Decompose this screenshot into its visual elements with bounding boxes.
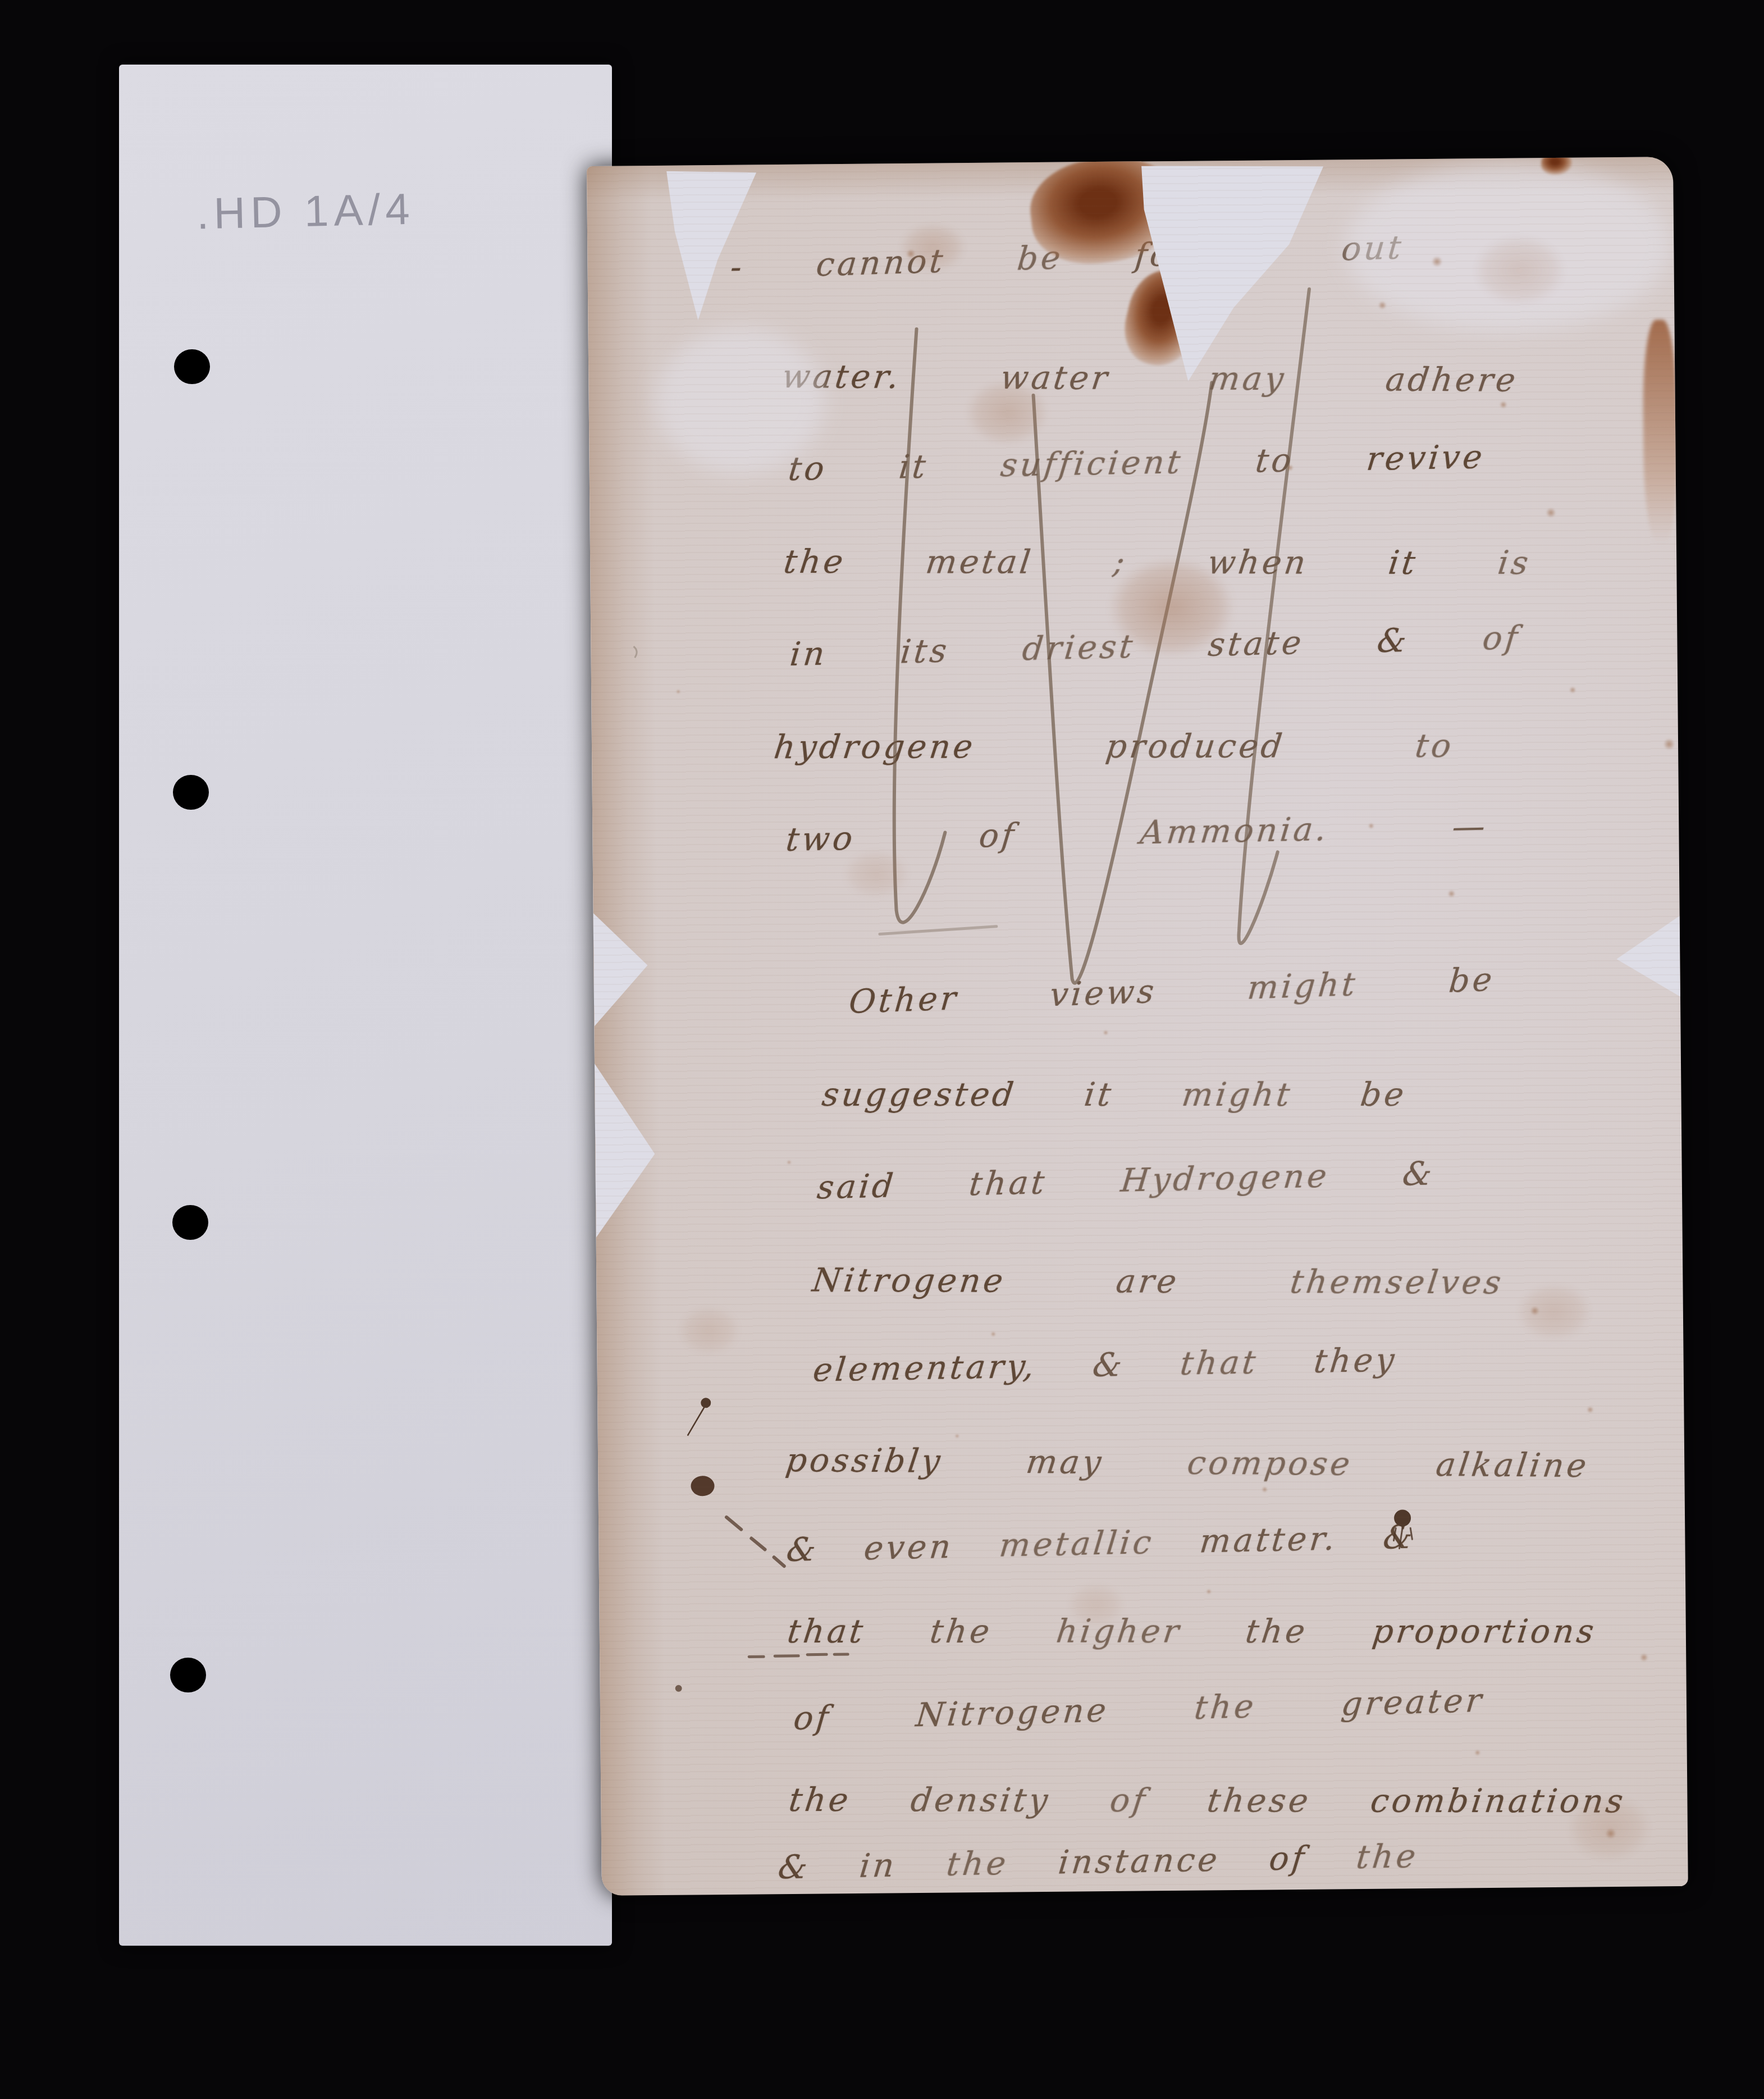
handwritten-word: of <box>977 818 1018 853</box>
foxing-speck <box>1568 686 1577 695</box>
foxing-speck <box>675 689 681 695</box>
handwritten-word: may <box>1025 1445 1106 1480</box>
handwritten-word: these <box>1205 1783 1313 1818</box>
handwritten-word: the <box>787 1783 853 1817</box>
manuscript-line: saidthatHydrogene& <box>817 1157 1436 1225</box>
handwritten-word: metal <box>924 545 1035 579</box>
handwritten-word: two <box>784 822 857 857</box>
handwritten-word: might <box>1180 1078 1294 1112</box>
foxing-speck <box>786 1160 792 1165</box>
handwritten-word: themselves <box>1288 1265 1505 1300</box>
handwritten-word: & <box>1375 623 1411 658</box>
foxing-speck <box>990 1331 997 1338</box>
handwritten-word: Hydrogene <box>1119 1159 1331 1198</box>
handwritten-word: revive <box>1365 440 1487 476</box>
photograph-black-velvet-background: .HD 1A/4 -cannotbeformedoutwater.waterma… <box>0 0 1764 2099</box>
manuscript-line: thatthehighertheproportions <box>788 1614 1596 1668</box>
handwritten-word: suggested <box>820 1078 1018 1112</box>
manuscript-line: toitsufficienttorevive <box>788 440 1485 506</box>
handwritten-word: adhere <box>1383 363 1520 398</box>
handwritten-word: may <box>1207 362 1288 396</box>
handwritten-word: of <box>1108 1783 1150 1818</box>
handwritten-word: produced <box>1104 729 1287 764</box>
handwritten-word: — <box>1451 809 1489 844</box>
foxing-speck <box>1286 463 1295 472</box>
handwritten-word: it <box>898 449 930 484</box>
handwritten-word: they <box>1312 1343 1399 1379</box>
handwritten-word: the <box>1244 1614 1310 1649</box>
handwritten-word: matter. <box>1198 1521 1339 1558</box>
handwritten-word: the <box>782 545 848 579</box>
handwritten-word: even <box>863 1530 956 1566</box>
handwritten-word: hydrogene <box>772 729 977 764</box>
handwritten-word: in <box>858 1848 898 1883</box>
handwritten-word: that <box>1178 1345 1260 1381</box>
manuscript-line: Otherviewsmightbe <box>848 962 1496 1039</box>
foxing-speck <box>1603 1826 1618 1841</box>
foxing-speck <box>1661 736 1677 752</box>
manuscript-line: hydrogeneproducedto <box>774 729 1454 784</box>
handwritten-word: of <box>792 1700 833 1736</box>
handwritten-word: be <box>1358 1078 1408 1112</box>
handwritten-word: are <box>1114 1264 1181 1298</box>
manuscript-line: &intheinstanceofthe <box>778 1839 1419 1896</box>
handwritten-word: the <box>1355 1839 1420 1874</box>
handwritten-word: elementary, <box>811 1349 1038 1388</box>
handwritten-word: said <box>816 1169 898 1204</box>
handwritten-word: views <box>1048 974 1158 1012</box>
handwritten-word: Nitrogene <box>811 1263 1008 1298</box>
foxing-speck <box>1367 822 1375 830</box>
handwritten-word: the <box>928 1614 994 1649</box>
foxing-speck <box>1544 506 1557 519</box>
faded-pale-zone <box>656 327 825 474</box>
manuscript-line: elementary,&thatthey <box>813 1343 1398 1407</box>
handwritten-word: greater <box>1340 1683 1486 1722</box>
foxing-speck <box>1261 1485 1269 1493</box>
handwritten-word: the <box>945 1846 1010 1882</box>
handwritten-word: & <box>776 1850 812 1884</box>
handwritten-word: in <box>788 636 829 672</box>
handwritten-word: density <box>909 1783 1053 1817</box>
foxing-speck <box>1429 254 1444 269</box>
handwritten-word: it <box>1386 546 1419 580</box>
handwritten-word: of <box>1268 1841 1309 1876</box>
handwritten-word: of <box>1481 620 1521 656</box>
handwritten-word: metallic <box>998 1525 1155 1563</box>
handwritten-word: Other <box>848 981 960 1019</box>
handwritten-word: to <box>1254 443 1296 478</box>
foxing-speck <box>1585 1405 1594 1414</box>
manuscript-line: ofNitrogenethegreater <box>793 1683 1485 1755</box>
manuscript-line: suggesteditmightbe <box>822 1078 1406 1131</box>
handwritten-word: is <box>1496 546 1533 580</box>
handwritten-word: be <box>1447 962 1496 998</box>
handwritten-word: - <box>729 250 746 285</box>
foxing-speck <box>1102 1029 1109 1036</box>
punch-hole <box>173 775 209 810</box>
handwritten-word: & <box>1401 1156 1437 1191</box>
handwritten-word: that <box>785 1614 867 1649</box>
foxing-speck <box>1498 400 1509 410</box>
handwritten-word: to <box>1413 729 1456 763</box>
foxing-speck <box>1377 300 1388 311</box>
manuscript-line: Nitrogenearethemselves <box>812 1263 1503 1320</box>
handwritten-word: the <box>1192 1689 1258 1725</box>
foxing-speck <box>954 1433 960 1439</box>
punch-hole <box>170 1658 206 1692</box>
handwritten-word: & <box>785 1532 820 1567</box>
handwritten-word: proportions <box>1370 1614 1598 1649</box>
punch-hole <box>174 349 210 384</box>
foxing-speck <box>1474 1749 1482 1756</box>
manuscript-line: thedensityofthesecombinations <box>789 1783 1625 1838</box>
handwritten-word: Ammonia. <box>1139 812 1331 850</box>
archive-reference-label: .HD 1A/4 <box>196 187 415 236</box>
handwritten-word: & <box>1091 1348 1126 1382</box>
backing-sheet: .HD 1A/4 <box>119 65 612 1946</box>
foxing-speck <box>904 248 917 260</box>
punch-hole <box>172 1205 208 1240</box>
handwritten-word: alkaline <box>1434 1448 1592 1483</box>
foxing-speck <box>1529 1304 1541 1317</box>
foxing-speck <box>1638 1652 1649 1663</box>
handwritten-word: instance <box>1057 1842 1222 1879</box>
right-edge-rust-streak <box>1642 320 1678 545</box>
handwritten-word: & <box>1382 1520 1417 1554</box>
manuscript-line: water.watermayadhere <box>782 359 1518 417</box>
manuscript-line: possiblymaycomposealkaline <box>786 1443 1589 1503</box>
foxing-speck <box>1446 889 1456 899</box>
handwritten-word: its <box>899 633 951 669</box>
handwritten-word: Nitrogene <box>915 1693 1111 1732</box>
handwritten-word: might <box>1246 967 1359 1005</box>
handwritten-word: that <box>968 1165 1049 1201</box>
handwritten-word: it <box>1082 1078 1116 1112</box>
handwritten-word: compose <box>1186 1446 1355 1481</box>
foxing-speck <box>1205 1588 1212 1595</box>
manuscript-page: -cannotbeformedoutwater.watermayadhereto… <box>587 157 1688 1896</box>
handwritten-word: possibly <box>784 1443 944 1479</box>
